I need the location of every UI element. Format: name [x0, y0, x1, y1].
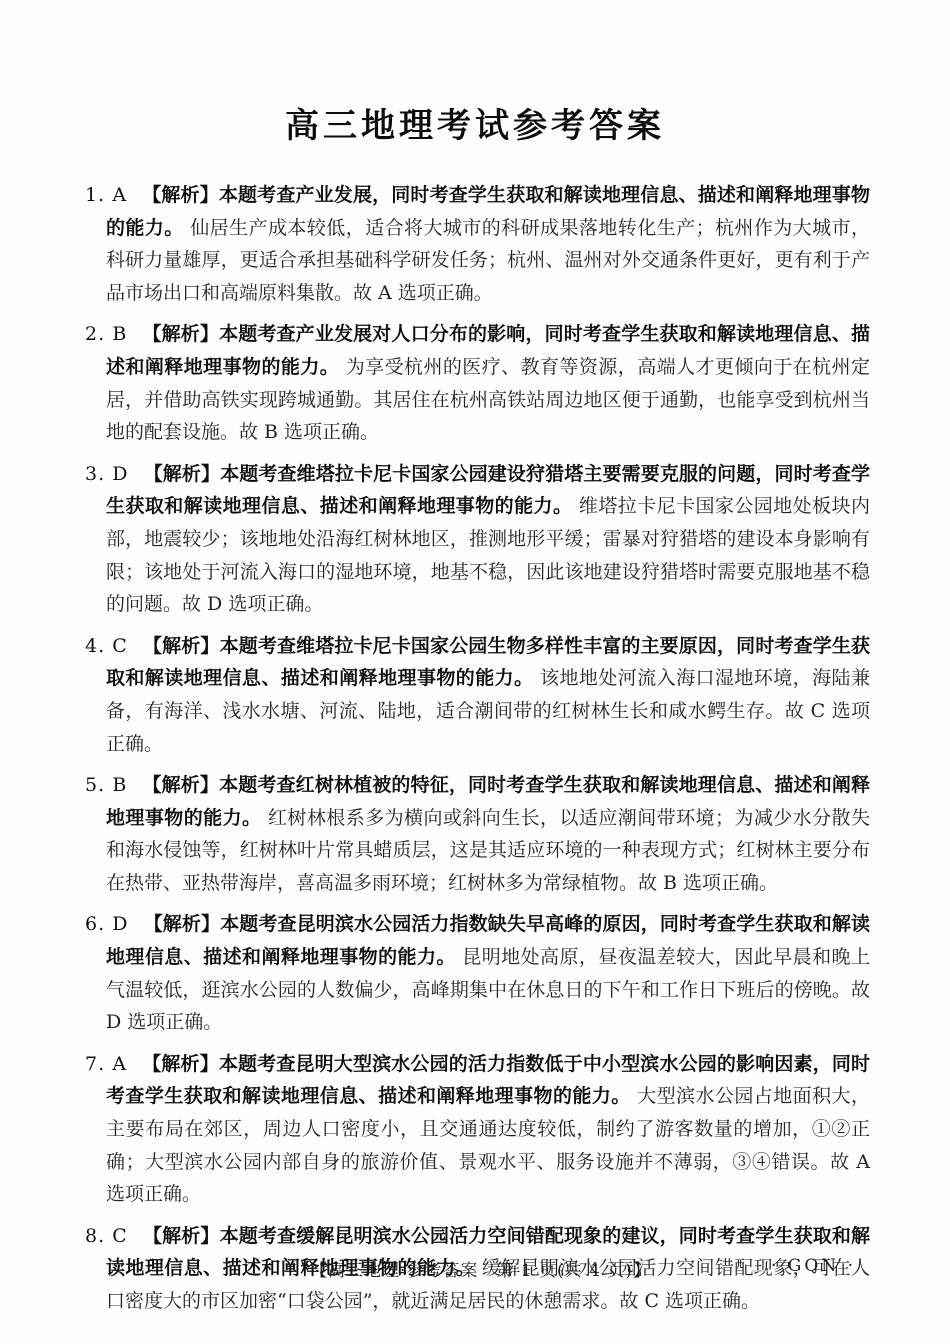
- page-footer: 【高三地理·参考答案 第 1 页(共 4 页)】 · GQN ·: [0, 1256, 950, 1286]
- answer-item: 2. B 【解析】本题考查产业发展对人口分布的影响，同时考查学生获取和解读地理信…: [85, 318, 870, 448]
- question-number: 6. D: [85, 913, 129, 935]
- answer-list: 1. A 【解析】本题考查产业发展，同时考查学生获取和解读地理信息、描述和阐释地…: [85, 179, 870, 1318]
- question-number: 4. C: [85, 635, 128, 657]
- question-number: 8. C: [85, 1225, 128, 1247]
- question-number: 7. A: [85, 1053, 127, 1075]
- footer-exam-code: · GQN ·: [771, 1256, 856, 1276]
- page-title: 高三地理考试参考答案: [0, 0, 950, 147]
- answer-item: 7. A 【解析】本题考查昆明大型滨水公园的活力指数低于中小型滨水公园的影响因素…: [85, 1048, 870, 1211]
- answer-item: 6. D 【解析】本题考查昆明滨水公园活力指数缺失早高峰的原因，同时考查学生获取…: [85, 908, 870, 1038]
- question-number: 1. A: [85, 184, 127, 206]
- answer-sheet-page: 高三地理考试参考答案 1. A 【解析】本题考查产业发展，同时考查学生获取和解读…: [0, 0, 950, 1344]
- question-number: 2. B: [85, 323, 127, 345]
- explanation-text: 仙居生产成本较低，适合将大城市的科研成果落地转化生产；杭州作为大城市，科研力量雄…: [106, 217, 870, 304]
- answer-item: 3. D 【解析】本题考查维塔拉卡尼卡国家公园建设狩猎塔主要需要克服的问题，同时…: [85, 458, 870, 621]
- answer-item: 5. B 【解析】本题考查红树林植被的特征，同时考查学生获取和解读地理信息、描述…: [85, 769, 870, 899]
- footer-page-info: 【高三地理·参考答案 第 1 页(共 4 页)】: [310, 1256, 651, 1281]
- answer-item: 1. A 【解析】本题考查产业发展，同时考查学生获取和解读地理信息、描述和阐释地…: [85, 179, 870, 309]
- answer-item: 4. C 【解析】本题考查维塔拉卡尼卡国家公园生物多样性丰富的主要原因，同时考查…: [85, 630, 870, 760]
- scan-artifact-mark: [752, 1270, 768, 1272]
- question-number: 5. B: [85, 774, 127, 796]
- question-number: 3. D: [85, 463, 129, 485]
